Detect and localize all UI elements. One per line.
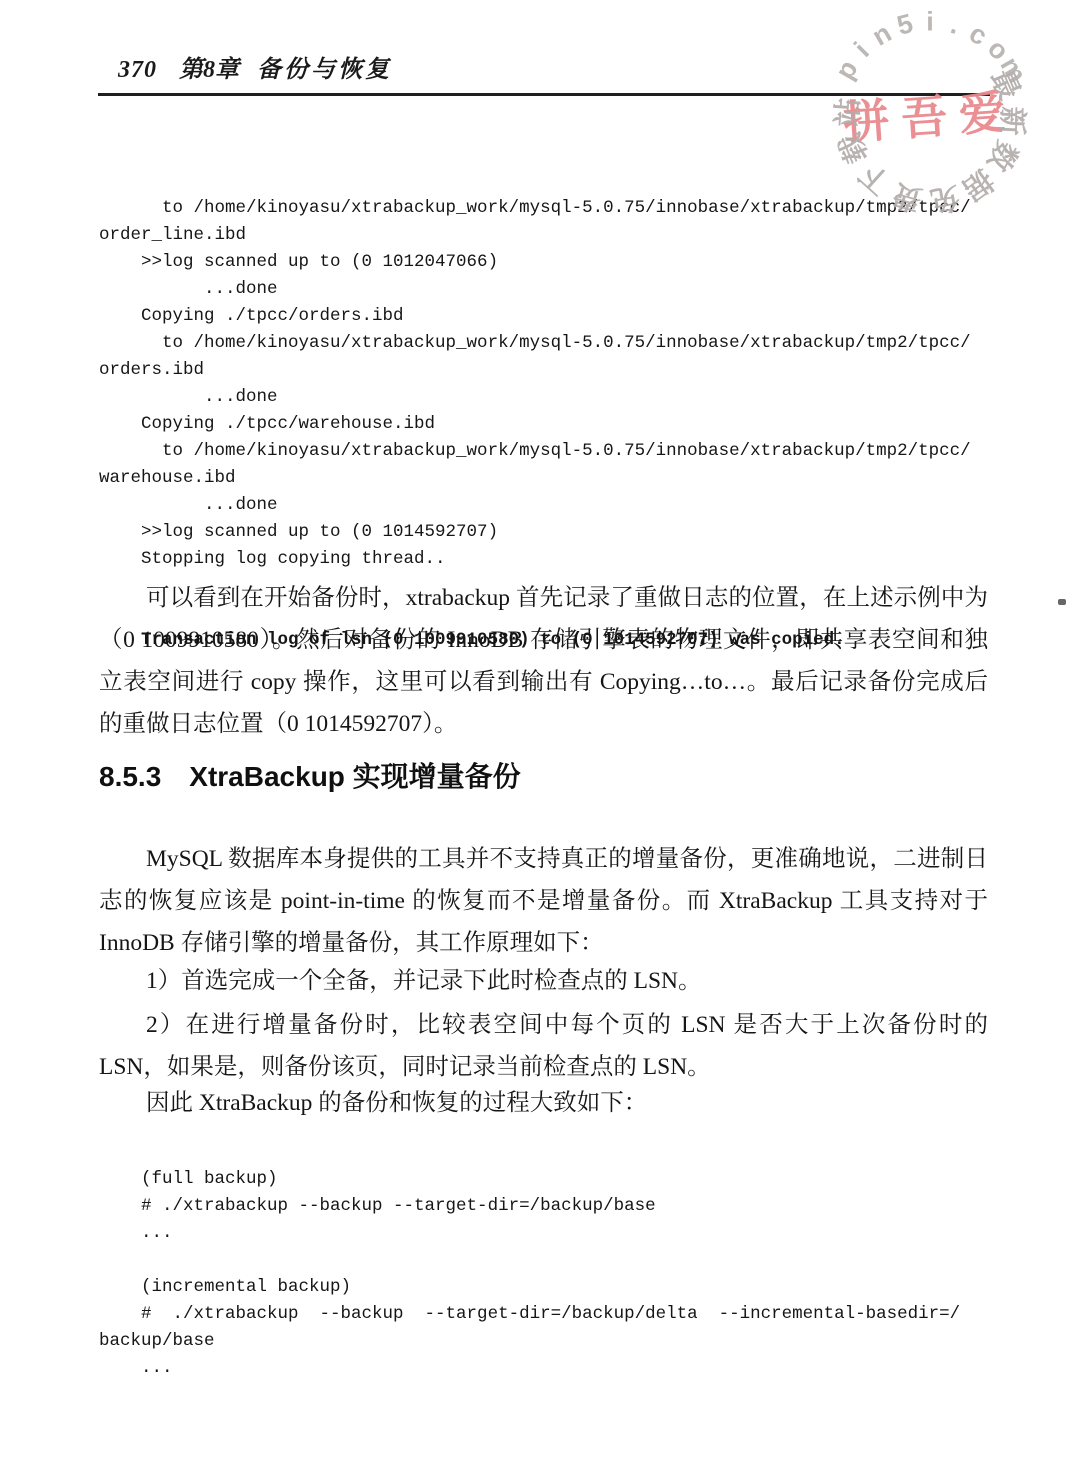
section-heading: 8.5.3XtraBackup 实现增量备份 xyxy=(99,755,521,795)
log-lines: to /home/kinoyasu/xtrabackup_work/mysql-… xyxy=(99,195,971,573)
scan-speck xyxy=(1058,599,1066,605)
running-head: 370 第8章 备份与恢复 xyxy=(98,46,990,96)
section-number: 8.5.3 xyxy=(99,761,161,792)
page-number: 370 xyxy=(118,57,157,84)
watermark-site-letter: . xyxy=(947,9,962,41)
list-item-2: 2）在进行增量备份时，比较表空间中每个页的 LSN 是否大于上次备份时的 LSN… xyxy=(99,1004,988,1088)
xtrabackup-commands: (full backup) # ./xtrabackup --backup --… xyxy=(99,1112,960,1436)
book-page: 370 第8章 备份与恢复 拼吾爱 pin5i.com最新数据免费下载站 to … xyxy=(0,0,1080,1478)
chapter-title: 备份与恢复 xyxy=(257,49,392,84)
section-title: XtraBackup 实现增量备份 xyxy=(189,761,520,792)
watermark-ring-char: 数 xyxy=(979,135,1029,180)
watermark-site-letter: 5 xyxy=(894,8,917,42)
watermark-ring-char: 新 xyxy=(993,106,1035,136)
command-lines: (full backup) # ./xtrabackup --backup --… xyxy=(99,1166,960,1382)
watermark-ring-char: 站 xyxy=(825,96,868,128)
watermark-site-letter: m xyxy=(994,52,1033,88)
paragraph-incremental-intro: MySQL 数据库本身提供的工具并不支持真正的增量备份，更准确地说，二进制日志的… xyxy=(99,838,988,964)
watermark-site-letter: i xyxy=(926,7,934,38)
chapter-number: 第8章 xyxy=(179,49,239,84)
list-item-1: 1）首选完成一个全备，并记录下此时检查点的 LSN。 xyxy=(99,960,988,1002)
paragraph-backup-explanation: 可以看到在开始备份时，xtrabackup 首先记录了重做日志的位置，在上述示例… xyxy=(99,577,988,745)
